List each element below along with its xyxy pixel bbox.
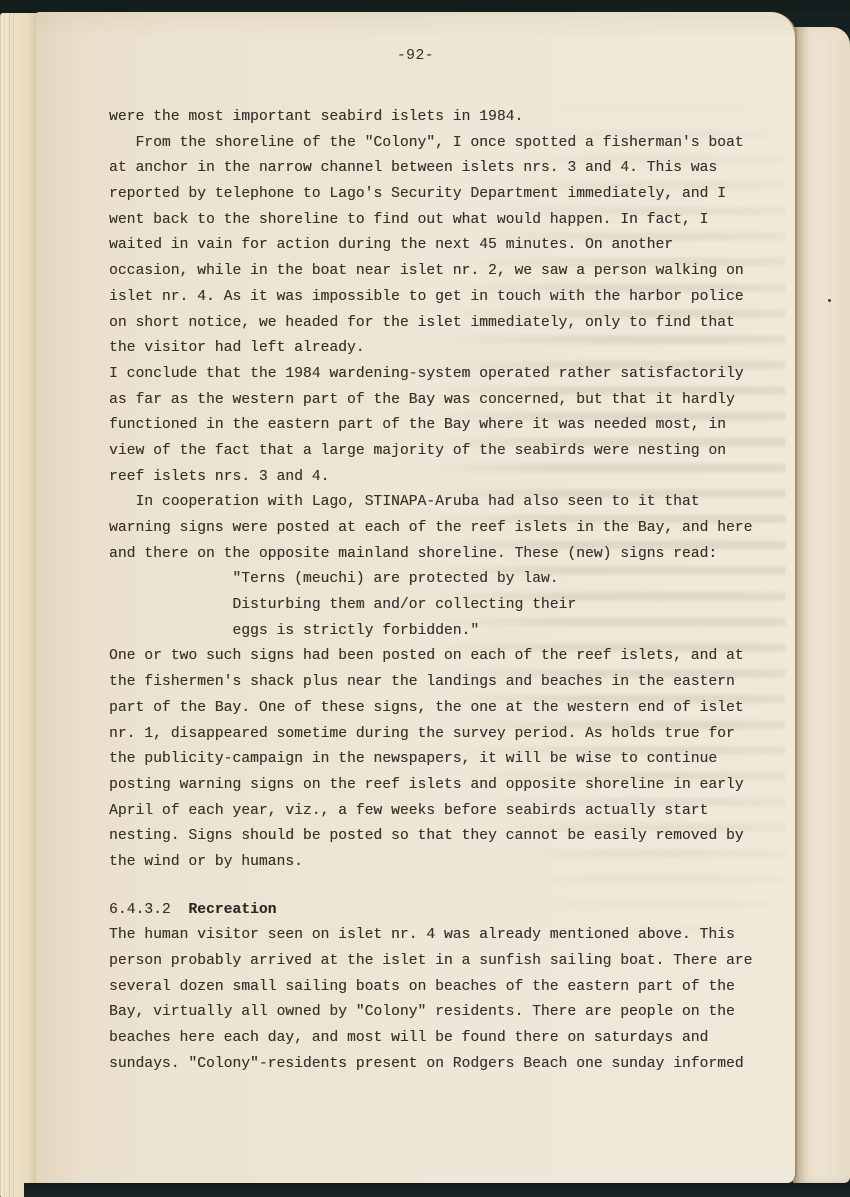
text-line: I conclude that the 1984 wardening-syste…	[109, 362, 752, 388]
text-line: April of each year, viz., a few weeks be…	[109, 799, 752, 825]
text-line: the wind or by humans.	[109, 850, 752, 876]
text-line: the publicity-campaign in the newspapers…	[109, 747, 752, 773]
text-line: occasion, while in the boat near islet n…	[109, 259, 752, 285]
text-line: beaches here each day, and most will be …	[109, 1026, 752, 1052]
text-line: nr. 1, disappeared sometime during the s…	[109, 722, 752, 748]
text-line: warning signs were posted at each of the…	[109, 516, 752, 542]
text-line: were the most important seabird islets i…	[109, 105, 752, 131]
section-heading: 6.4.3.2 Recreation	[109, 898, 752, 924]
section-number: 6.4.3.2	[109, 902, 171, 918]
text-line: view of the fact that a large majority o…	[109, 439, 752, 465]
text-line: person probably arrived at the islet in …	[109, 949, 752, 975]
section-heading-separator	[171, 902, 189, 918]
text-line: islet nr. 4. As it was impossible to get…	[109, 285, 752, 311]
text-line: The human visitor seen on islet nr. 4 wa…	[109, 923, 752, 949]
page-text-column: were the most important seabird islets i…	[109, 105, 752, 1077]
text-line: sundays. "Colony"-residents present on R…	[109, 1052, 752, 1078]
next-page-edge	[793, 27, 850, 1183]
text-line: functioned in the eastern part of the Ba…	[109, 413, 752, 439]
text-line: several dozen small sailing boats on bea…	[109, 975, 752, 1001]
body-paragraphs: were the most important seabird islets i…	[109, 105, 752, 876]
page-number: -92-	[36, 44, 795, 70]
document-page: -92- were the most important seabird isl…	[36, 12, 797, 1183]
text-line: at anchor in the narrow channel between …	[109, 156, 752, 182]
text-line: posting warning signs on the reef islets…	[109, 773, 752, 799]
text-line: In cooperation with Lago, STINAPA-Aruba …	[109, 490, 752, 516]
page-stack-edges	[0, 13, 40, 1197]
book-scan: -92- were the most important seabird isl…	[0, 0, 850, 1197]
text-line: One or two such signs had been posted on…	[109, 644, 752, 670]
text-line: From the shoreline of the "Colony", I on…	[109, 131, 752, 157]
text-line: as far as the western part of the Bay wa…	[109, 388, 752, 414]
text-line: waited in vain for action during the nex…	[109, 233, 752, 259]
section-title: Recreation	[188, 902, 276, 918]
paper-speck	[828, 299, 831, 302]
text-line: the visitor had left already.	[109, 336, 752, 362]
text-line: nesting. Signs should be posted so that …	[109, 824, 752, 850]
text-line: part of the Bay. One of these signs, the…	[109, 696, 752, 722]
text-line: "Terns (meuchi) are protected by law.	[109, 567, 752, 593]
text-line: went back to the shoreline to find out w…	[109, 208, 752, 234]
recreation-paragraph: The human visitor seen on islet nr. 4 wa…	[109, 923, 752, 1077]
text-line: and there on the opposite mainland shore…	[109, 542, 752, 568]
text-line: eggs is strictly forbidden."	[109, 619, 752, 645]
text-line: reef islets nrs. 3 and 4.	[109, 465, 752, 491]
text-line: the fishermen's shack plus near the land…	[109, 670, 752, 696]
book-cover-bottom-edge	[24, 1183, 850, 1197]
text-line: reported by telephone to Lago's Security…	[109, 182, 752, 208]
text-line: on short notice, we headed for the islet…	[109, 311, 752, 337]
text-line: Bay, virtually all owned by "Colony" res…	[109, 1000, 752, 1026]
text-line: Disturbing them and/or collecting their	[109, 593, 752, 619]
